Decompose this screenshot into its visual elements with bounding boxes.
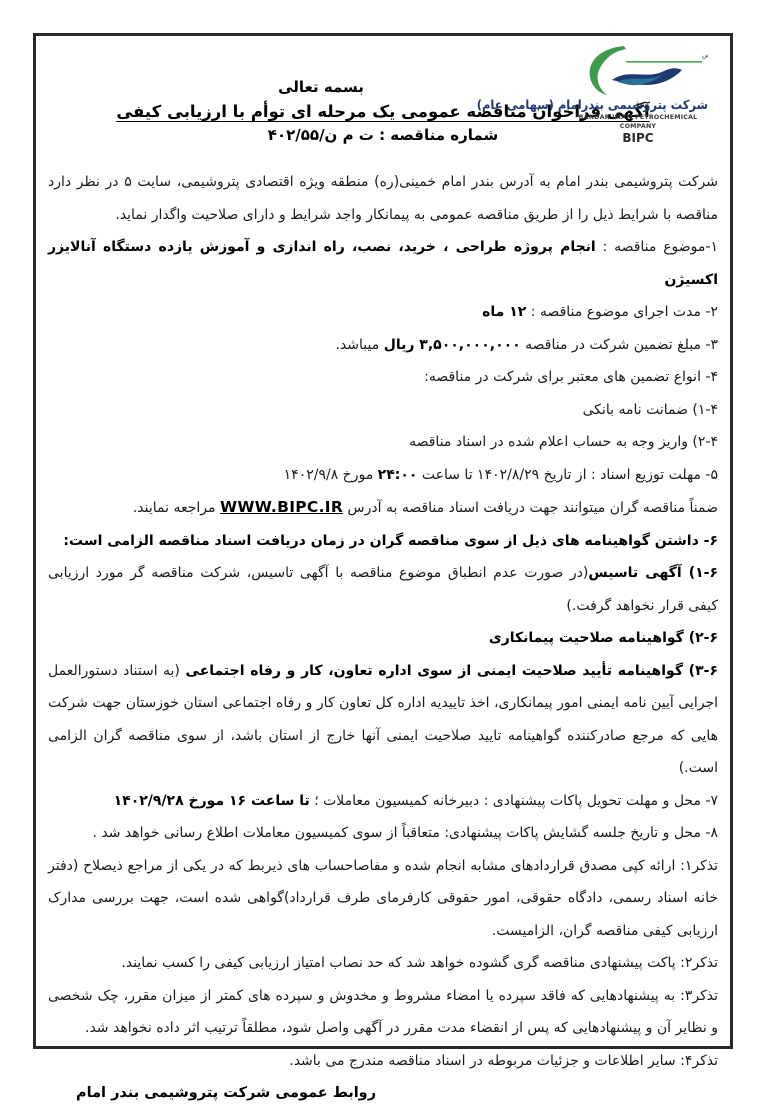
item-3-guarantee-amount: ۳- مبلغ تضمین شرکت در مناقصه ۳,۵۰۰,۰۰۰,۰… bbox=[48, 329, 718, 362]
item-6-3-rest: (به استناد دستورالعمل اجرایی آیین نامه ا… bbox=[48, 663, 718, 777]
item-5-time: ۲۴:۰۰ bbox=[378, 467, 418, 483]
item-1-subject: ۱-موضوع مناقصه : انجام پروژه طراحی ، خری… bbox=[48, 231, 718, 296]
item-4-guarantee-types: ۴- انواع تضمین های معتبر برای شرکت در من… bbox=[48, 361, 718, 394]
item-7-submission-deadline: ۷- محل و مهلت تحویل پاکات پیشنهادی : دبی… bbox=[48, 785, 718, 818]
item-6-3-bold: ۳-۶) گواهینامه تأیید صلاحیت ایمنی از سوی… bbox=[180, 663, 718, 679]
note-4-text: تذکر۴: سایر اطلاعات و جزئیات مربوطه در ا… bbox=[289, 1053, 718, 1069]
note-2-text: تذکر۲: پاکت پیشنهادی مناقصه گری گشوده خو… bbox=[121, 955, 718, 971]
item-6-certificates: ۶- داشتن گواهینامه های ذیل از سوی مناقصه… bbox=[48, 525, 718, 558]
logo-abbr: BIPC bbox=[562, 131, 714, 146]
note-3: تذکر۳: به پیشنهادهایی که فاقد سپرده یا ا… bbox=[48, 980, 718, 1045]
item-8-text: ۸- محل و تاریخ جلسه گشایش پاکات پیشنهادی… bbox=[92, 825, 718, 841]
intro-text: شرکت پتروشیمی بندر امام به آدرس بندر اما… bbox=[48, 174, 718, 223]
document-header: شرکت صنایع پتروشیمی خلیج فارس شرکت پتروش… bbox=[48, 40, 718, 166]
item-5b-pre: ضمناً مناقصه گران میتوانند جهت دریافت اس… bbox=[343, 500, 718, 516]
note-4: تذکر۴: سایر اطلاعات و جزئیات مربوطه در ا… bbox=[48, 1045, 718, 1078]
item-6-1-bold: ۱-۶) آگهی تاسیس bbox=[588, 565, 718, 581]
item-6-2-text: ۲-۶) گواهینامه صلاحیت پیمانکاری bbox=[489, 630, 718, 646]
logo-company-name-fa: شرکت پتروشیمی بندرامام (سهامی عام) bbox=[568, 96, 708, 113]
note-2: تذکر۲: پاکت پیشنهادی مناقصه گری گشوده خو… bbox=[48, 947, 718, 980]
item-7-deadline: تا ساعت ۱۶ مورخ ۱۴۰۲/۹/۲۸ bbox=[114, 793, 310, 809]
item-2-label: ۲- مدت اجرای موضوع مناقصه : bbox=[526, 304, 718, 320]
item-6-3-safety-certificate: ۳-۶) گواهینامه تأیید صلاحیت ایمنی از سوی… bbox=[48, 655, 718, 785]
bipc-website-link[interactable]: WWW.BIPC.IR bbox=[220, 498, 343, 516]
item-3-amount: ۳,۵۰۰,۰۰۰,۰۰۰ ریال bbox=[384, 337, 521, 353]
item-8-opening-session: ۸- محل و تاریخ جلسه گشایش پاکات پیشنهادی… bbox=[48, 817, 718, 850]
paragraph-intro: شرکت پتروشیمی بندر امام به آدرس بندر اما… bbox=[48, 166, 718, 231]
item-3-post: میباشد. bbox=[335, 337, 383, 353]
logo-group-name: شرکت صنایع پتروشیمی خلیج فارس bbox=[702, 51, 708, 59]
document-content: شرکت صنایع پتروشیمی خلیج فارس شرکت پتروش… bbox=[36, 36, 730, 1046]
item-5-pre: ۵- مهلت توزیع اسناد : از تاریخ ۱۴۰۲/۸/۲۹… bbox=[417, 467, 718, 483]
note-1-text: تذکر۱: ارائه کپی مصدق قراردادهای مشابه ا… bbox=[48, 858, 718, 939]
item-4-1-bank-guarantee: ۱-۴) ضمانت نامه بانکی bbox=[48, 394, 718, 427]
item-7-pre: ۷- محل و مهلت تحویل پاکات پیشنهادی : دبی… bbox=[310, 793, 718, 809]
document-sheet: شرکت صنایع پتروشیمی خلیج فارس شرکت پتروش… bbox=[33, 33, 733, 1049]
item-5-document-deadline: ۵- مهلت توزیع اسناد : از تاریخ ۱۴۰۲/۸/۲۹… bbox=[48, 459, 718, 492]
item-6-1-establishment-notice: ۱-۶) آگهی تاسیس(در صورت عدم انطباق موضوع… bbox=[48, 557, 718, 622]
logo-company-name-en: BANDAR IMAM PETROCHEMICAL COMPANY bbox=[562, 113, 714, 131]
item-4-2-deposit: ۲-۴) واریز وجه به حساب اعلام شده در اسنا… bbox=[48, 426, 718, 459]
public-relations-signature: روابط عمومی شرکت پتروشیمی بندر امام bbox=[48, 1077, 718, 1110]
note-1: تذکر۱: ارائه کپی مصدق قراردادهای مشابه ا… bbox=[48, 850, 718, 948]
item-4-1-text: ۱-۴) ضمانت نامه بانکی bbox=[583, 402, 718, 418]
document-body: شرکت پتروشیمی بندر امام به آدرس بندر اما… bbox=[48, 166, 718, 1110]
item-3-pre: ۳- مبلغ تضمین شرکت در مناقصه bbox=[521, 337, 718, 353]
item-4-2-text: ۲-۴) واریز وجه به حساب اعلام شده در اسنا… bbox=[409, 434, 718, 450]
bismillah: بسمه تعالی bbox=[0, 40, 656, 96]
item-1-label: ۱-موضوع مناقصه : bbox=[596, 239, 718, 255]
item-5b-website: ضمناً مناقصه گران میتوانند جهت دریافت اس… bbox=[48, 491, 718, 525]
item-5b-post: مراجعه نمایند. bbox=[133, 500, 220, 516]
item-4-text: ۴- انواع تضمین های معتبر برای شرکت در من… bbox=[424, 369, 718, 385]
item-2-value: ۱۲ ماه bbox=[482, 304, 526, 320]
item-2-duration: ۲- مدت اجرای موضوع مناقصه : ۱۲ ماه bbox=[48, 296, 718, 329]
item-6-2-contractor-certificate: ۲-۶) گواهینامه صلاحیت پیمانکاری bbox=[48, 622, 718, 655]
item-6-text: ۶- داشتن گواهینامه های ذیل از سوی مناقصه… bbox=[63, 533, 718, 549]
note-3-text: تذکر۳: به پیشنهادهایی که فاقد سپرده یا ا… bbox=[48, 988, 718, 1037]
item-5-post: مورخ ۱۴۰۲/۹/۸ bbox=[284, 467, 378, 483]
